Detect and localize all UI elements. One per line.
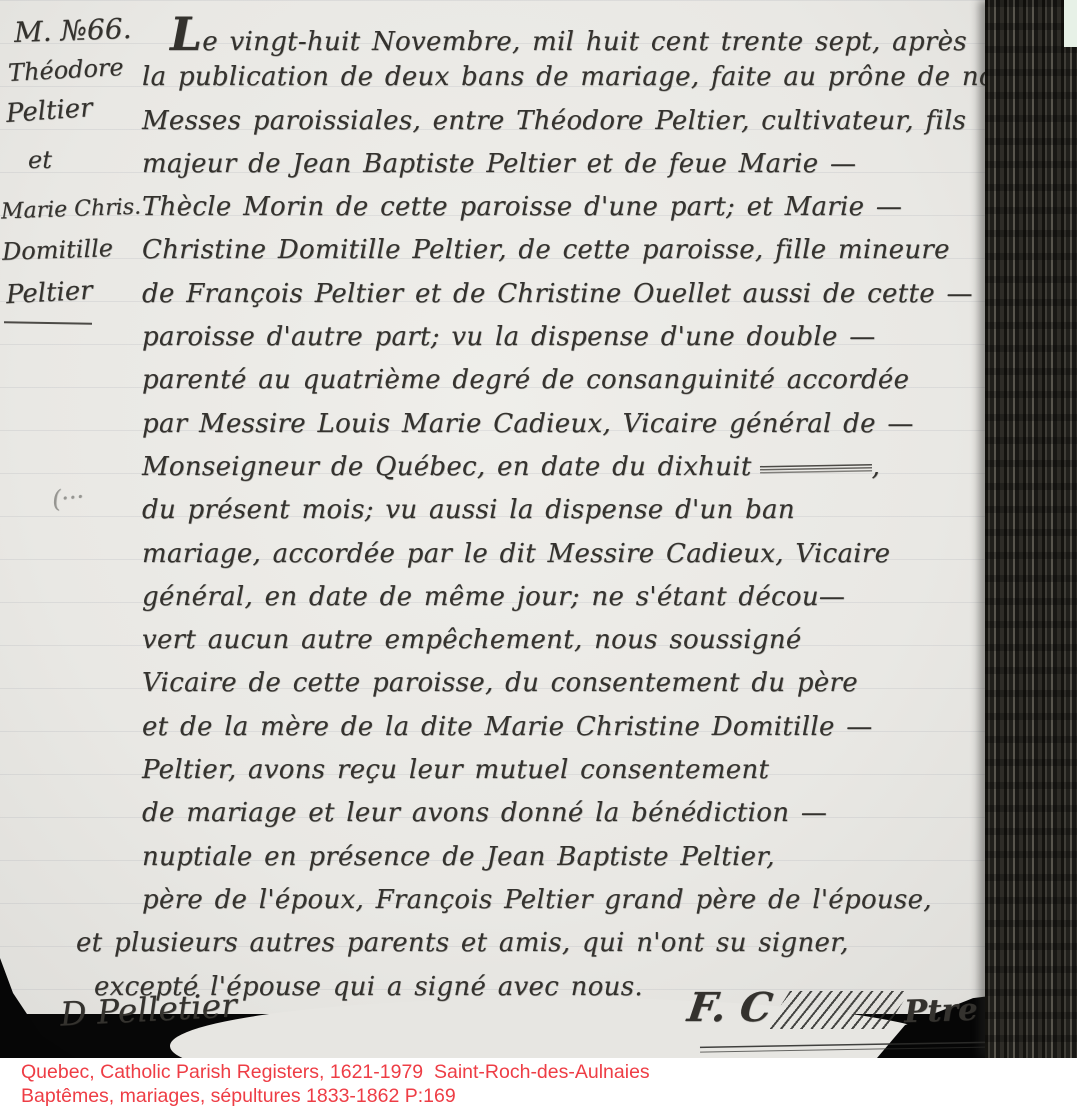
register-line: mariage, accordée par le dit Messire Cad…	[142, 533, 988, 576]
line-text: par Messire Louis Marie Cadieux, Vicaire…	[142, 409, 914, 439]
line-text: Monseigneur de Québec, en date du dixhui…	[142, 452, 752, 482]
margin-underline	[4, 321, 92, 325]
register-line: et plusieurs autres parents et amis, qui…	[142, 922, 988, 965]
line-text: du présent mois; vu aussi la dispense d'…	[142, 495, 795, 525]
line-text: la publication de deux bans de mariage, …	[142, 62, 1009, 92]
line-text: général, en date de même jour; ne s'étan…	[142, 582, 845, 612]
register-line: majeur de Jean Baptiste Peltier et de fe…	[142, 143, 988, 186]
line-text: Christine Domitille Peltier, de cette pa…	[142, 235, 950, 265]
margin-annotations: M. №66. Théodore Peltier et Marie Chris.…	[0, 0, 152, 1000]
line-text: Thècle Morin de cette paroisse d'une par…	[142, 192, 902, 222]
line-text: Messes paroissiales, entre Théodore Pelt…	[142, 106, 966, 136]
signature-flourish	[766, 991, 910, 1029]
register-line: Vicaire de cette paroisse, du consenteme…	[142, 662, 988, 705]
line-text: parenté au quatrième degré de consanguin…	[142, 365, 909, 395]
register-line: général, en date de même jour; ne s'étan…	[142, 576, 988, 619]
catalog-caption: Quebec, Catholic Parish Registers, 1621-…	[0, 1058, 1077, 1108]
line-text: paroisse d'autre part; vu la dispense d'…	[142, 322, 876, 352]
margin-groom-firstname: Théodore	[7, 53, 124, 87]
margin-bride-middlename: Domitille	[2, 234, 114, 266]
record-number: M. №66.	[13, 12, 132, 49]
line-text: Vicaire de cette paroisse, du consenteme…	[142, 668, 858, 698]
margin-bride-surname: Peltier	[5, 276, 93, 310]
priest-signature-initials: F. C	[685, 984, 776, 1031]
register-line: Monseigneur de Québec, en date du dixhui…	[142, 446, 988, 489]
register-line: la publication de deux bans de mariage, …	[142, 56, 988, 99]
line-text: mariage, accordée par le dit Messire Cad…	[142, 539, 890, 569]
scan-corner-top-right	[1064, 0, 1077, 47]
line-text: Peltier, avons reçu leur mutuel consente…	[142, 755, 769, 785]
register-entry-text: Le vingt-huit Novembre, mil huit cent tr…	[142, 13, 988, 1009]
register-line: du présent mois; vu aussi la dispense d'…	[142, 489, 988, 532]
line-text: de François Peltier et de Christine Ouel…	[142, 279, 973, 309]
caption-line-collection: Quebec, Catholic Parish Registers, 1621-…	[21, 1060, 1077, 1084]
register-scan-page: M. №66. Théodore Peltier et Marie Chris.…	[0, 0, 1077, 1058]
register-line: parenté au quatrième degré de consanguin…	[142, 359, 988, 402]
line-text: de mariage et leur avons donné la bénédi…	[142, 798, 827, 828]
register-line: de François Peltier et de Christine Ouel…	[142, 273, 988, 316]
register-line: Peltier, avons reçu leur mutuel consente…	[142, 749, 988, 792]
register-line: de mariage et leur avons donné la bénédi…	[142, 792, 988, 835]
margin-conjunction: et	[28, 146, 52, 174]
margin-bride-firstname: Marie Chris.	[1, 195, 142, 225]
register-line: Messes paroissiales, entre Théodore Pelt…	[142, 100, 988, 143]
priest-signature-title: Ptre	[903, 992, 978, 1031]
register-line: nuptiale en présence de Jean Baptiste Pe…	[142, 836, 988, 879]
register-line: Christine Domitille Peltier, de cette pa…	[142, 229, 988, 272]
screenshot-root: M. №66. Théodore Peltier et Marie Chris.…	[0, 0, 1077, 1108]
line-text: Le vingt-huit Novembre, mil huit cent tr…	[170, 27, 967, 57]
register-line: Le vingt-huit Novembre, mil huit cent tr…	[142, 13, 988, 56]
book-binding-edge	[985, 0, 1077, 1058]
line-text: ,	[872, 452, 881, 482]
register-line: Thècle Morin de cette paroisse d'une par…	[142, 186, 988, 229]
register-line: paroisse d'autre part; vu la dispense d'…	[142, 316, 988, 359]
line-text: nuptiale en présence de Jean Baptiste Pe…	[142, 842, 775, 872]
register-line: vert aucun autre empêchement, nous souss…	[142, 619, 988, 662]
priest-signature: F. CPtre	[688, 984, 978, 1031]
caption-line-volume: Baptêmes, mariages, sépultures 1833-1862…	[21, 1084, 1077, 1108]
register-line: père de l'époux, François Peltier grand …	[142, 879, 988, 922]
margin-groom-surname: Peltier	[5, 93, 93, 129]
line-text: père de l'époux, François Peltier grand …	[142, 885, 932, 915]
line-text: et de la mère de la dite Marie Christine…	[142, 712, 873, 742]
line-text: majeur de Jean Baptiste Peltier et de fe…	[142, 149, 856, 179]
line-text: et plusieurs autres parents et amis, qui…	[76, 928, 849, 958]
register-line: et de la mère de la dite Marie Christine…	[142, 706, 988, 749]
margin-side-mark: (···	[51, 482, 86, 513]
scribbled-out-word	[760, 462, 872, 474]
register-line: par Messire Louis Marie Cadieux, Vicaire…	[142, 403, 988, 446]
line-text: vert aucun autre empêchement, nous souss…	[142, 625, 802, 655]
